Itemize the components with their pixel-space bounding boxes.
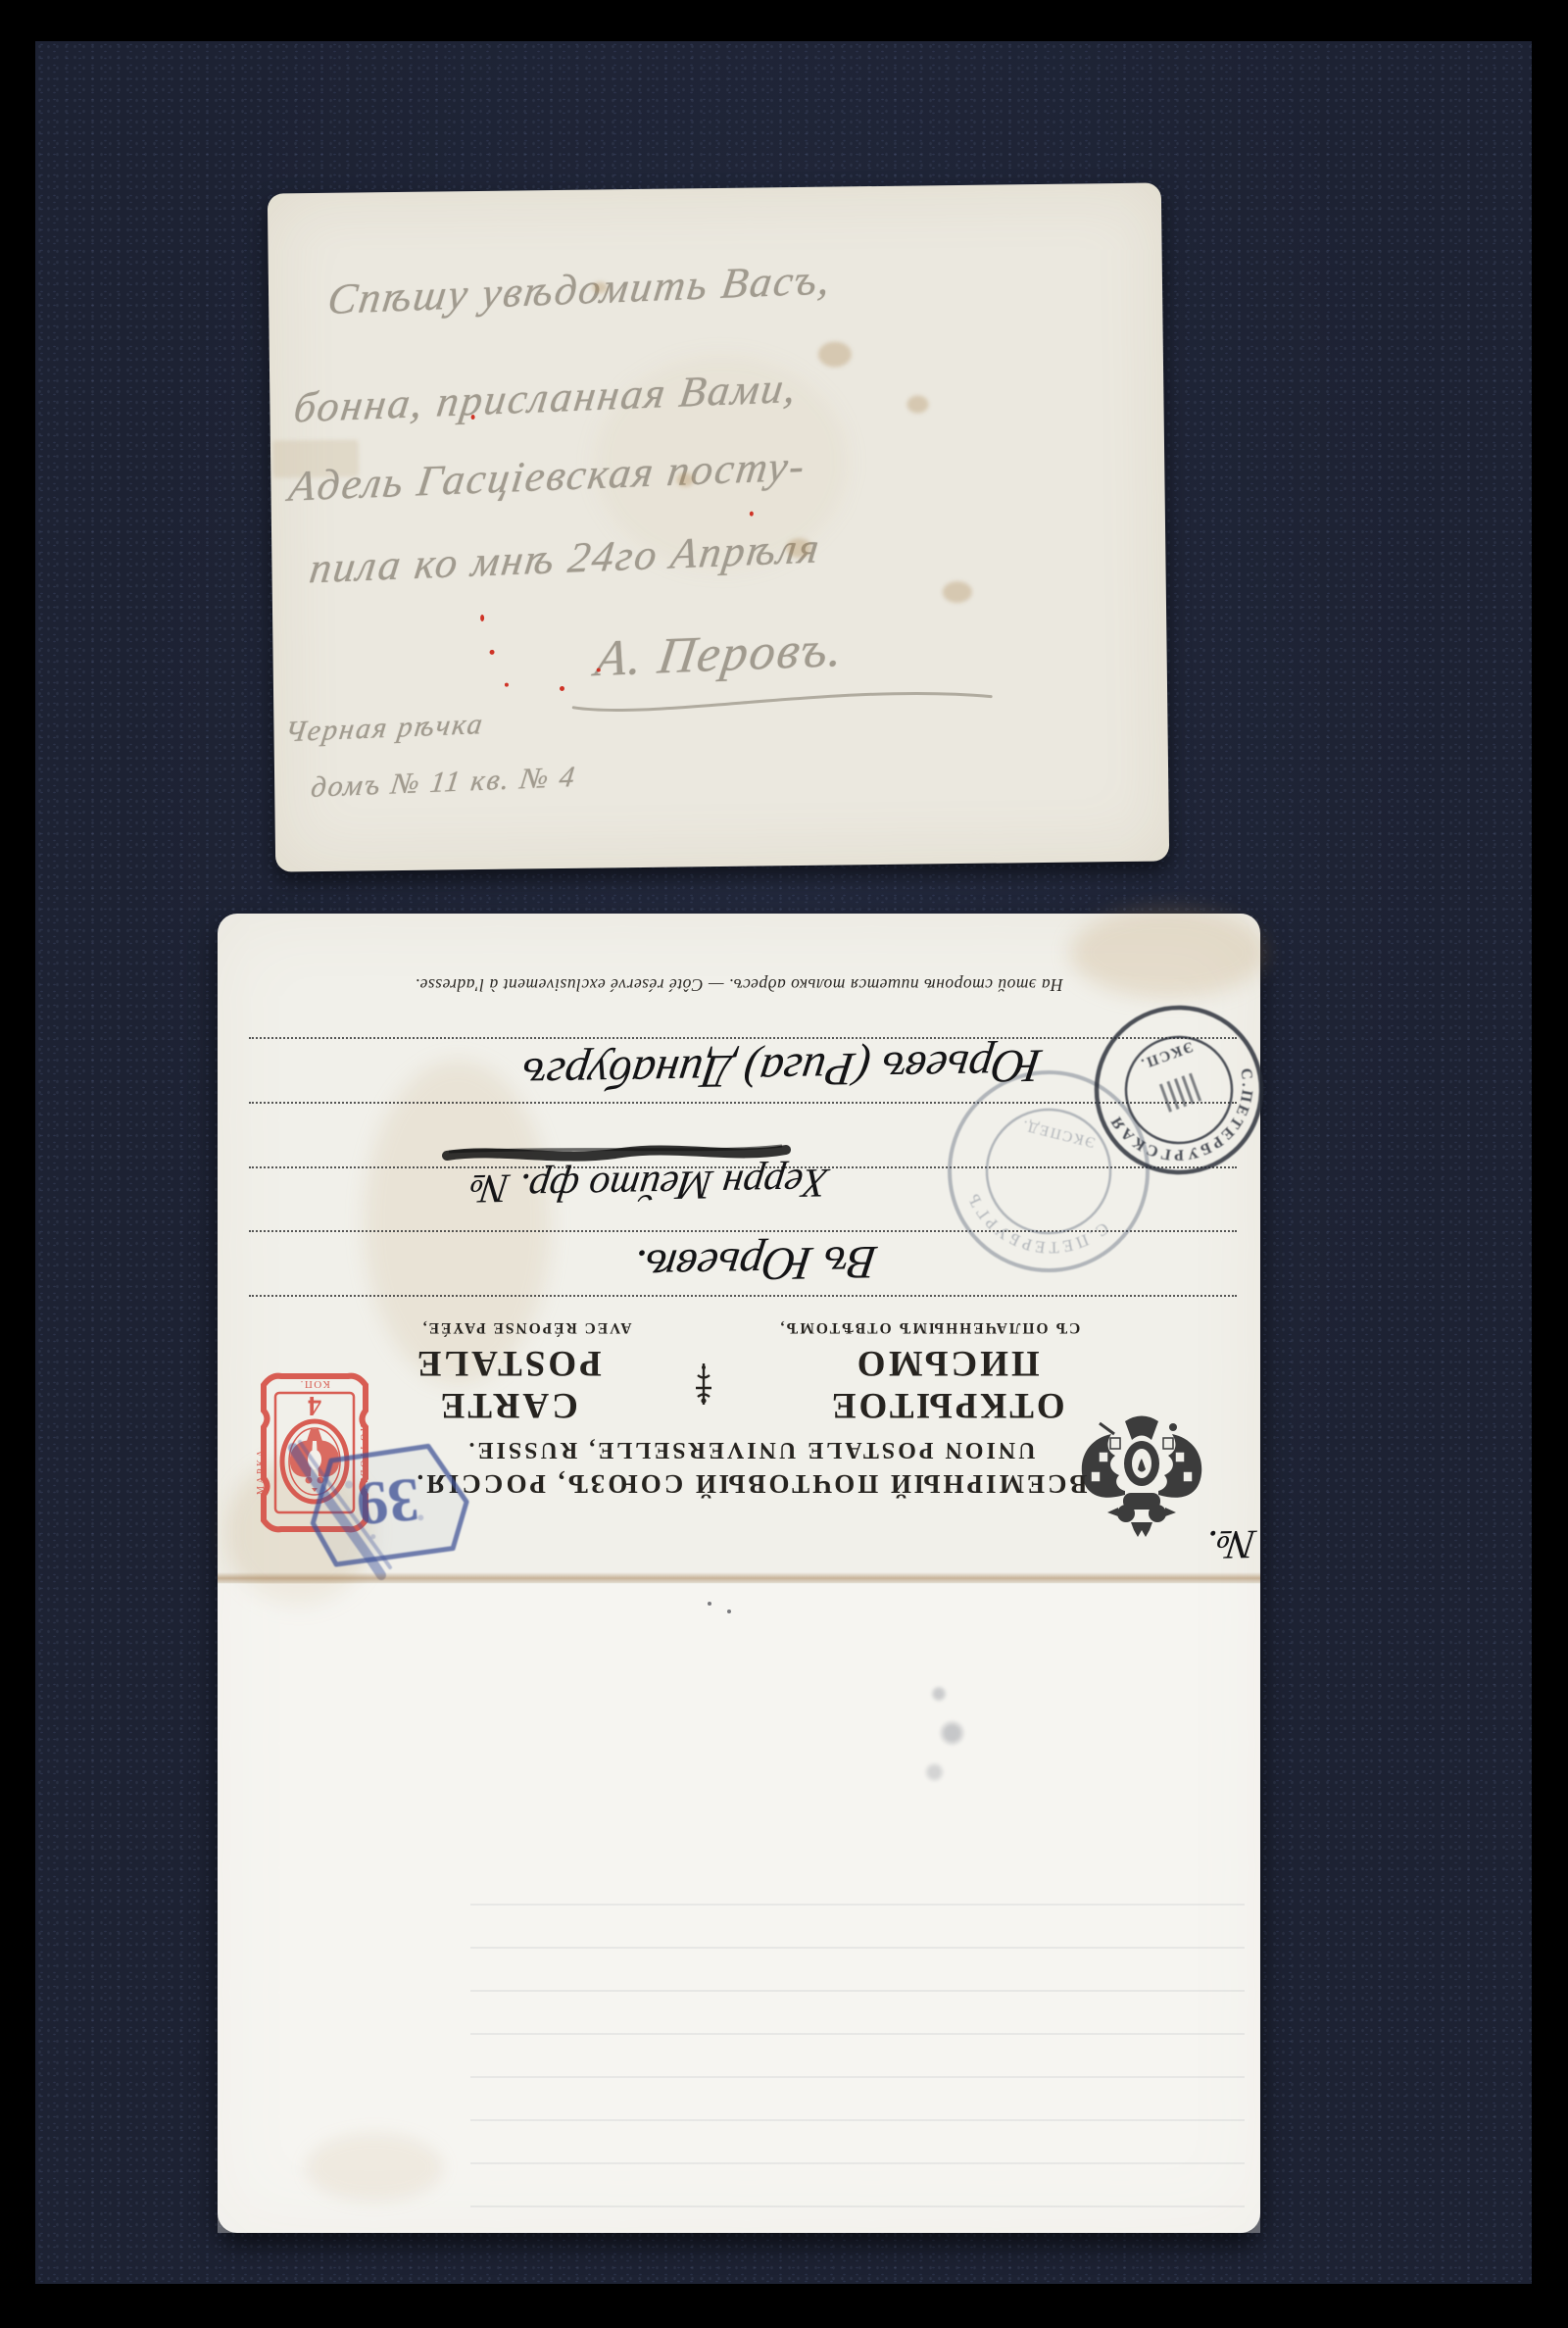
signature-flourish — [567, 687, 999, 723]
address-note-french: Côté réservé exclusivement à l'adresse. — [415, 975, 703, 995]
postal-card: ВСЕМІРНЫЙ ПОЧТОВЫЙ СОЮЗЪ, РОССІЯ. UNION … — [218, 914, 1260, 2233]
red-speck — [471, 415, 475, 420]
note-card: Спѣшу увѣдомить Васъ, бонна, присланная … — [268, 182, 1169, 871]
signature: А. Перовъ. — [592, 620, 848, 688]
address-side-inverted: ВСЕМІРНЫЙ ПОЧТОВЫЙ СОЮЗЪ, РОССІЯ. UNION … — [218, 914, 1260, 1581]
red-speck — [480, 615, 484, 621]
divider-ornament-icon — [692, 1362, 715, 1407]
handwritten-destination: Въ Юрьевѣ. — [629, 1235, 880, 1293]
postmark-cluster: С.ПЕТЕРБУРГЪ ЭКСПЕД. С.ПЕТЕРБУРГСКАЯ — [929, 963, 1272, 1291]
stamp-unit: КОП. — [299, 1378, 330, 1390]
handwritten-addressee: Херрн Мейто фр. № — [465, 1159, 831, 1212]
imperial-eagle-icon — [1077, 1391, 1206, 1538]
subtitle-french: AVEC RÉPONSE PAYÉE, — [421, 1318, 632, 1336]
album-page-photo: Спѣшу увѣдомить Васъ, бонна, присланная … — [0, 0, 1568, 2328]
paper-stain — [306, 2133, 443, 2202]
gray-smudge — [904, 1662, 992, 1819]
foxing-spot — [943, 581, 972, 603]
speck — [708, 1602, 711, 1606]
ink-smear — [241, 1393, 486, 1581]
address-note-russian: На этой сторонѣ пишется только адресъ. — [728, 975, 1062, 995]
red-speck — [505, 683, 509, 687]
red-speck — [750, 512, 754, 517]
address-note-separator: — — [708, 975, 723, 995]
red-speck — [560, 686, 564, 691]
note-line: Черная рѣчка — [283, 708, 486, 749]
reply-half-blank — [218, 1584, 1260, 2233]
red-speck — [597, 668, 601, 671]
fold-crease — [218, 1572, 1260, 1583]
svg-text:ЭКСП.: ЭКСП. — [1138, 1038, 1196, 1072]
handwritten-corner-mark: №. — [1201, 1520, 1257, 1568]
note-line: пила ко мнѣ 24го Апрѣля — [307, 522, 824, 593]
crossed-out-scribble — [439, 1138, 792, 1165]
note-line: домъ № 11 кв. № 4 — [309, 761, 578, 805]
foxing-spot — [818, 341, 852, 367]
handwritten-route: Юрьевъ (Рига) Динабургъ — [517, 1038, 1044, 1101]
red-speck — [490, 650, 495, 655]
svg-text:С.ПЕТЕРБУРГСКАЯ: С.ПЕТЕРБУРГСКАЯ — [1105, 1064, 1272, 1185]
foxing-spot — [906, 395, 928, 413]
dotted-address-line — [249, 1295, 1237, 1297]
note-line: Спѣшу увѣдомить Васъ, — [324, 254, 835, 324]
show-through-lines — [470, 1862, 1245, 2211]
address-only-note: На этой сторонѣ пишется только адресъ. —… — [218, 974, 1260, 995]
subtitle-russian: СЪ ОПЛАЧЕННЫМЪ ОТВѢТОМЪ, — [778, 1318, 1080, 1336]
speck — [727, 1610, 731, 1613]
